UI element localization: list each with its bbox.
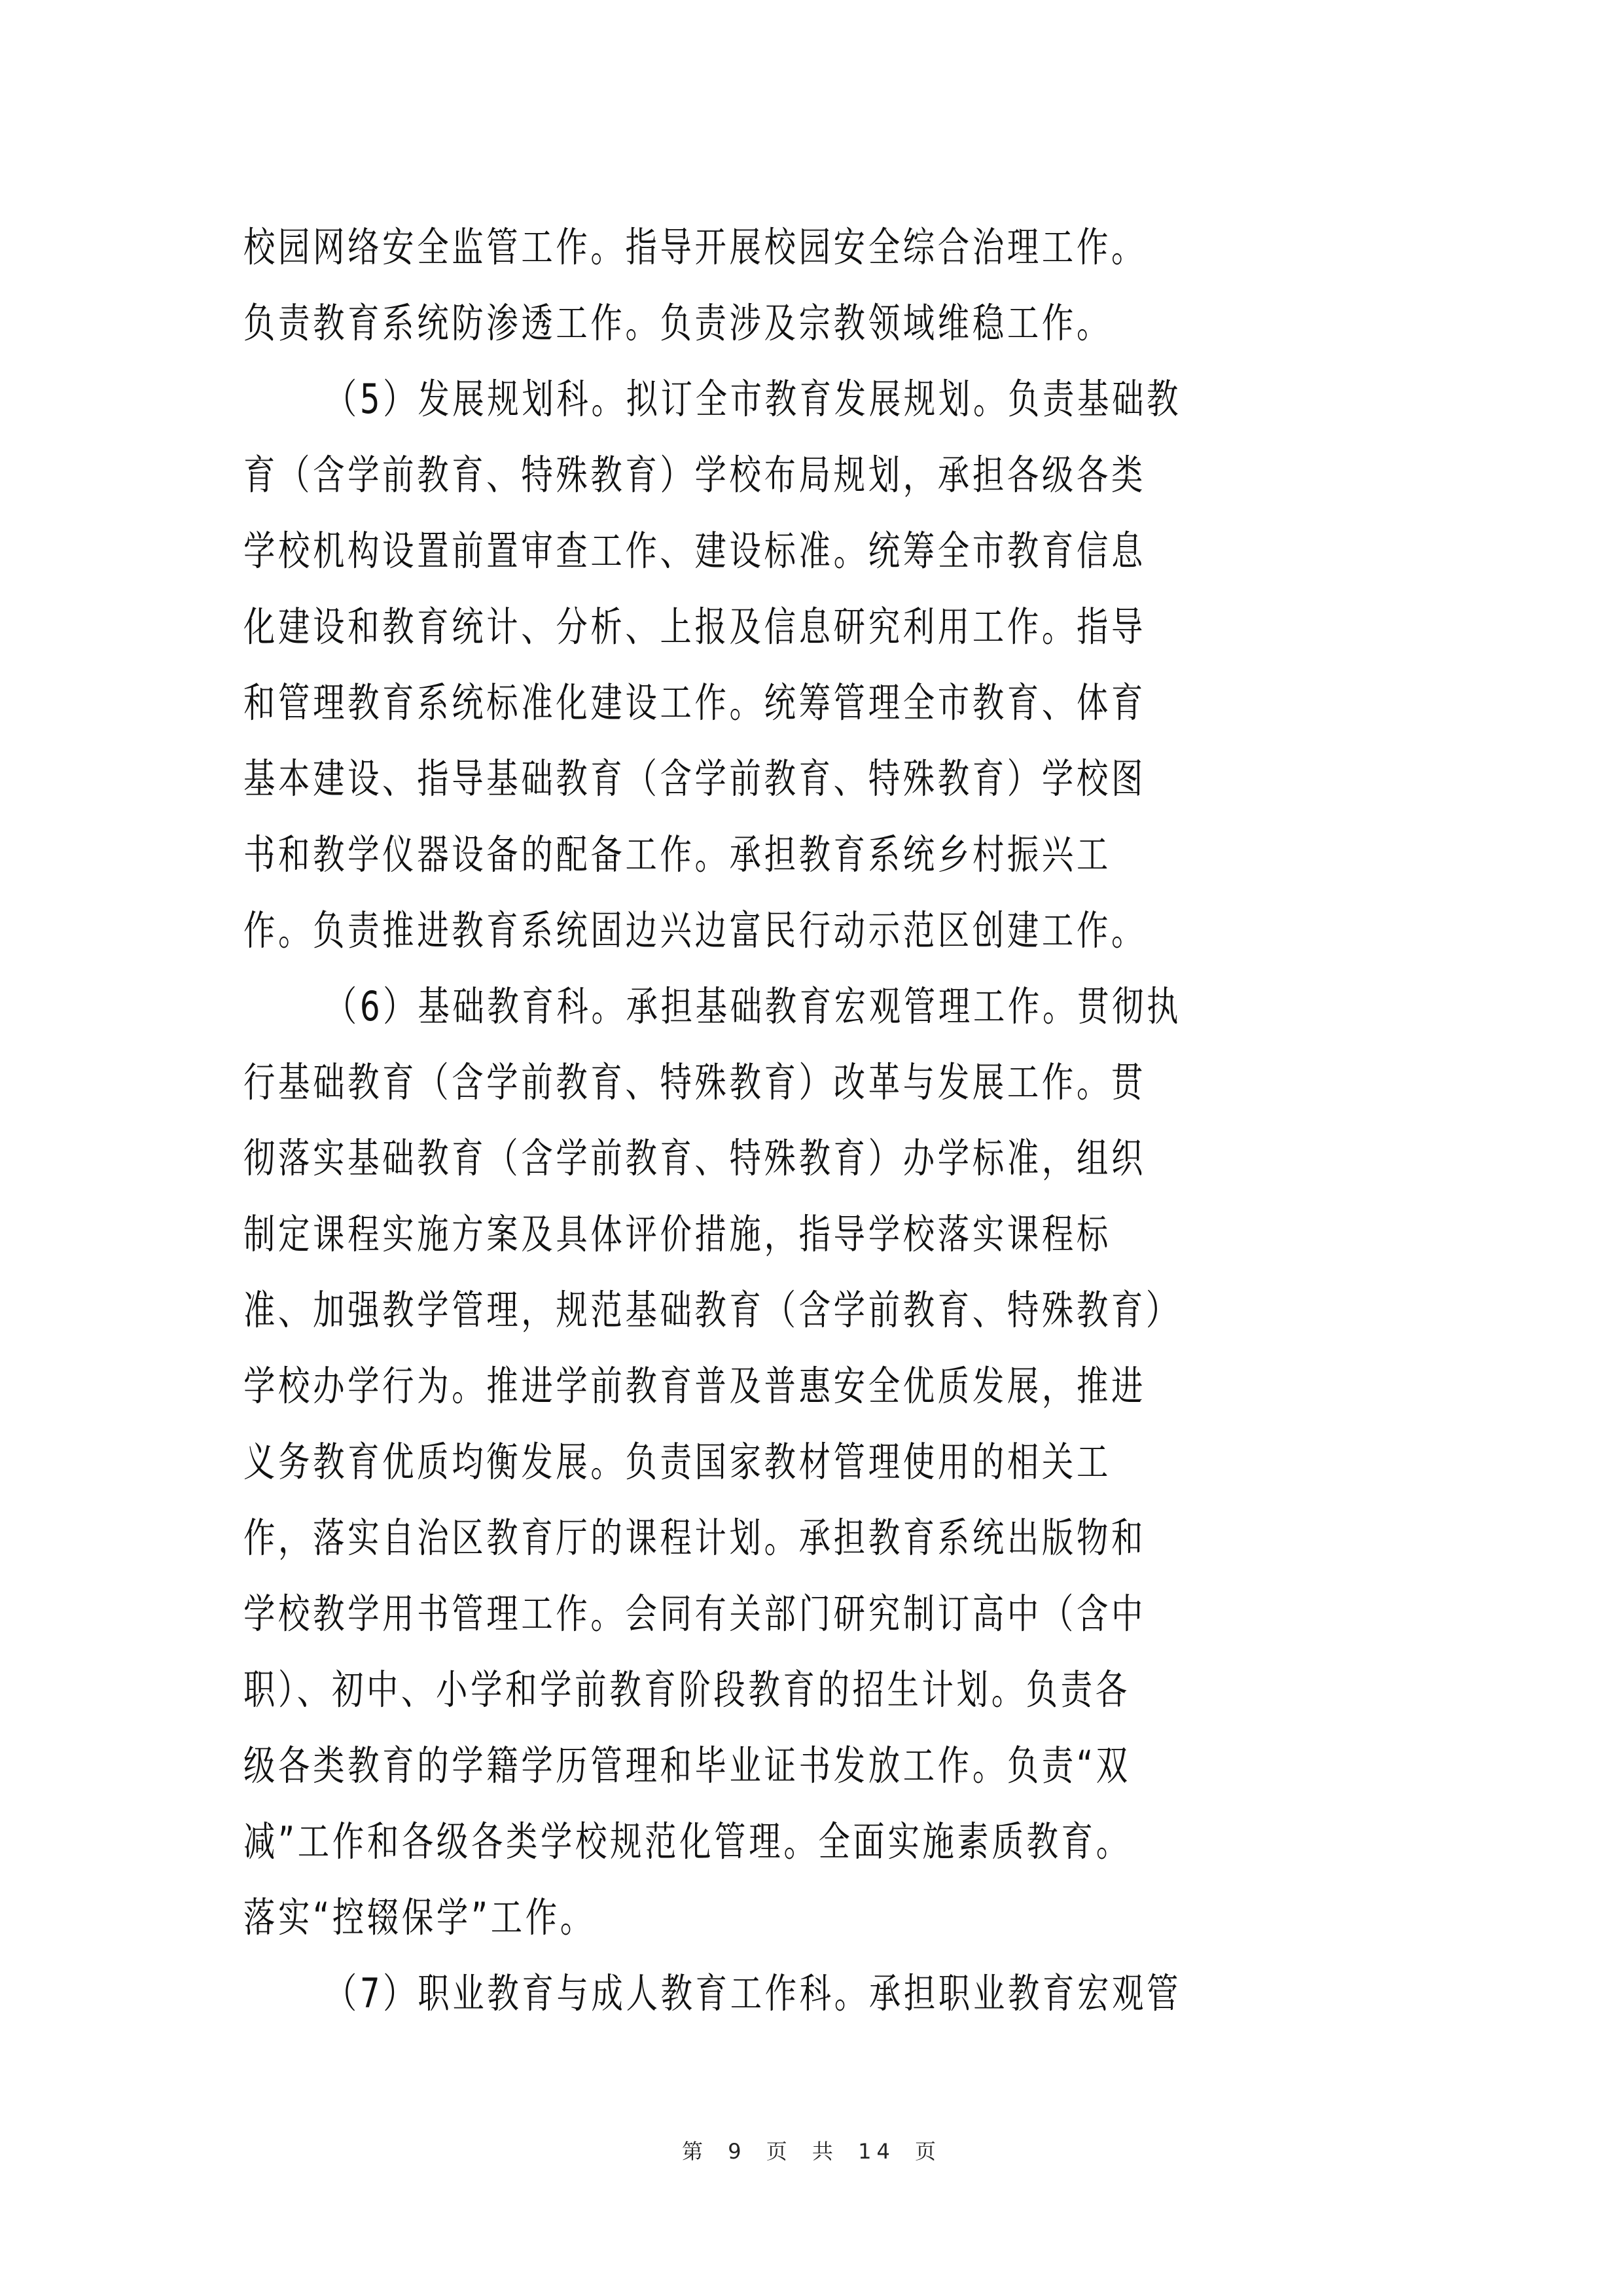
document-page: 校园网络安全监管工作。指导开展校园安全综合治理工作。 负责教育系统防渗透工作。负… [0, 0, 1623, 2296]
text-line: 学校办学行为。推进学前教育普及普惠安全优质发展，推进 [243, 1348, 1397, 1424]
text-line: 负责教育系统防渗透工作。负责涉及宗教领域维稳工作。 [243, 285, 1397, 361]
document-body: 校园网络安全监管工作。指导开展校园安全综合治理工作。 负责教育系统防渗透工作。负… [243, 209, 1395, 2032]
text-line: 作。负责推进教育系统固边兴边富民行动示范区创建工作。 [243, 893, 1397, 969]
footer-page-unit: 页 [766, 2139, 793, 2164]
text-line: 学校教学用书管理工作。会同有关部门研究制订高中（含中 [243, 1576, 1397, 1652]
footer-total-unit: 页 [915, 2139, 941, 2164]
text-line: 基本建设、指导基础教育（含学前教育、特殊教育）学校图 [243, 741, 1397, 817]
total-page-count: 14 [858, 2139, 895, 2164]
text-line: 彻落实基础教育（含学前教育、特殊教育）办学标准，组织 [243, 1121, 1397, 1196]
text-line: 级各类教育的学籍学历管理和毕业证书发放工作。负责“双 [243, 1728, 1397, 1804]
text-line: 和管理教育系统标准化建设工作。统筹管理全市教育、体育 [243, 665, 1397, 741]
text-line: 书和教学仪器设备的配备工作。承担教育系统乡村振兴工 [243, 817, 1397, 893]
text-line: 准、加强教学管理，规范基础教育（含学前教育、特殊教育） [243, 1272, 1397, 1348]
section-heading-line: （7）职业教育与成人教育工作科。承担职业教育宏观管 [243, 1956, 1479, 2032]
text-line: 学校机构设置前置审查工作、建设标准。统筹全市教育信息 [243, 513, 1397, 589]
text-line: 减”工作和各级各类学校规范化管理。全面实施素质教育。 [243, 1804, 1397, 1880]
text-line: 校园网络安全监管工作。指导开展校园安全综合治理工作。 [243, 209, 1397, 285]
text-line: 育（含学前教育、特殊教育）学校布局规划，承担各级各类 [243, 437, 1397, 513]
section-heading-line: （5）发展规划科。拟订全市教育发展规划。负责基础教 [243, 361, 1479, 437]
text-line: 作，落实自治区教育厅的课程计划。承担教育系统出版物和 [243, 1500, 1397, 1576]
text-line: 落实“控辍保学”工作。 [243, 1880, 1397, 1956]
text-line: 职）、初中、小学和学前教育阶段教育的招生计划。负责各 [243, 1652, 1397, 1728]
footer-prefix: 第 [682, 2139, 708, 2164]
page-footer: 第 9 页 共 14 页 [0, 2135, 1623, 2165]
current-page-number: 9 [728, 2139, 746, 2164]
text-line: 化建设和教育统计、分析、上报及信息研究利用工作。指导 [243, 589, 1397, 665]
text-line: 行基础教育（含学前教育、特殊教育）改革与发展工作。贯 [243, 1045, 1397, 1121]
section-heading-line: （6）基础教育科。承担基础教育宏观管理工作。贯彻执 [243, 969, 1479, 1045]
footer-total-prefix: 共 [812, 2139, 838, 2164]
text-line: 义务教育优质均衡发展。负责国家教材管理使用的相关工 [243, 1424, 1397, 1500]
text-line: 制定课程实施方案及具体评价措施，指导学校落实课程标 [243, 1196, 1397, 1272]
